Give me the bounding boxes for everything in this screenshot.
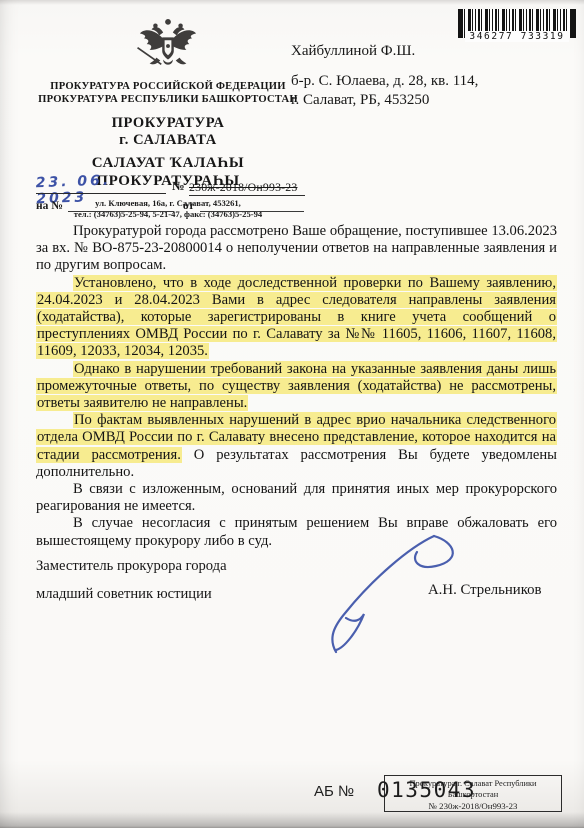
barcode-digits: 346277 733319 (465, 31, 569, 42)
stamp-line-3: № 230ж-2018/Он993-23 (385, 801, 561, 812)
on-number-label: на № (36, 200, 63, 212)
paragraph: Прокуратурой города рассмотрено Ваше обр… (36, 223, 557, 275)
office-title-ru-1: ПРОКУРАТУРА (34, 115, 302, 131)
paragraph: В связи с изложенным, оснований для прин… (36, 481, 557, 515)
recipient-name: Хайбуллиной Ф.Ш. (291, 42, 541, 61)
signer-position-2: младший советник юстиции (36, 586, 212, 603)
office-title-bashkir-1: САЛАУАТ ҠАЛАҺЫ (34, 155, 302, 172)
office-title-ru-2: г. САЛАВАТА (34, 132, 302, 148)
scanned-letter-page: ПРОКУРАТУРА РОССИЙСКОЙ ФЕДЕРАЦИИ ПРОКУРА… (0, 0, 584, 828)
series-number: 0135043 (377, 778, 476, 802)
org-name-republic: ПРОКУРАТУРА РЕСПУБЛИКИ БАШКОРТОСТАН (34, 93, 302, 106)
org-name-federation: ПРОКУРАТУРА РОССИЙСКОЙ ФЕДЕРАЦИИ (34, 80, 302, 93)
blank-line (68, 200, 174, 212)
signer-position-1: Заместитель прокурора города (36, 558, 227, 575)
series-label: АБ № (314, 783, 354, 800)
blank-line (200, 200, 304, 212)
paragraph: Установлено, что в ходе доследственной п… (36, 275, 557, 361)
from-label: от (183, 200, 194, 212)
reference-row: 23. 06. 2023 № 230ж-2018/Он993-23 (36, 176, 312, 198)
paragraph-text: В случае несогласия с принятым решением … (36, 515, 557, 548)
recipient-block: Хайбуллиной Ф.Ш. б-р. С. Юлаева, д. 28, … (291, 42, 541, 110)
paragraph: Однако в нарушении требований закона на … (36, 361, 557, 413)
paragraph-text: В связи с изложенным, оснований для прин… (36, 481, 557, 514)
incoming-number-row: на №от (36, 200, 318, 212)
paragraph: В случае несогласия с принятым решением … (36, 515, 557, 549)
number-sign: № (172, 179, 185, 194)
coat-of-arms-icon (137, 18, 199, 76)
date-underline (36, 193, 166, 194)
highlighted-text: Установлено, что в ходе доследственной п… (36, 275, 557, 360)
paragraph: По фактам выявленных нарушений в адрес в… (36, 412, 557, 481)
outgoing-number: 230ж-2018/Он993-23 (189, 180, 305, 196)
recipient-address-2: г. Салават, РБ, 453250 (291, 91, 541, 110)
barcode: 346277 733319 (458, 9, 576, 42)
highlighted-text: Однако в нарушении требований закона на … (36, 361, 557, 411)
letter-body: Прокуратурой города рассмотрено Ваше обр… (36, 223, 557, 550)
recipient-address-1: б-р. С. Юлаева, д. 28, кв. 114, (291, 72, 541, 91)
handwritten-signature (312, 530, 477, 658)
paragraph-text: Прокуратурой города рассмотрено Ваше обр… (36, 223, 557, 273)
